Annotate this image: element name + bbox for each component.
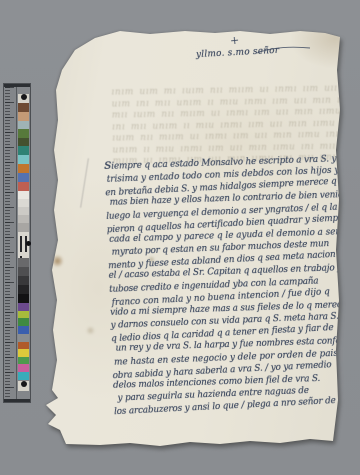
calibration-blue-2 — [18, 326, 29, 334]
calibration-gray-ramp-3 — [18, 207, 29, 215]
calibration-green-2 — [18, 318, 29, 326]
calibration-tan — [18, 112, 29, 121]
calibration-black-dot-bottom — [18, 381, 29, 391]
calibration-pale-blue — [18, 121, 29, 129]
calibration-teal — [18, 146, 29, 155]
calibration-gray-ramp-4 — [18, 215, 29, 223]
calibration-yellow — [18, 349, 29, 357]
calibration-green — [18, 129, 29, 138]
calibration-lime — [18, 311, 29, 318]
calibration-dark-step-3 — [18, 276, 29, 285]
calibration-mid-gray — [18, 334, 29, 342]
handwriting-text-block: siempre q aca estado Monsalvo he escript… — [104, 149, 360, 417]
calibration-dark-step-5 — [18, 294, 29, 303]
calibration-dot — [21, 381, 27, 387]
calibration-red — [18, 182, 29, 191]
calibration-black-dot-top — [18, 94, 29, 103]
ruler-ticks — [4, 87, 17, 399]
color-calibration-bar — [3, 83, 31, 403]
calibration-dark-step-4 — [18, 285, 29, 294]
calibration-dot — [21, 94, 27, 100]
calibration-cyan — [18, 372, 29, 380]
calibration-brown — [18, 103, 29, 112]
calibration-patch-stack — [18, 93, 29, 391]
calibration-gray-ramp-2 — [18, 199, 29, 207]
letter-heading: + yllmo. s.mo señor — [196, 36, 346, 70]
calibration-barcode-label — [18, 232, 29, 258]
calibration-dark-olive — [18, 138, 29, 146]
paper-stain — [86, 326, 95, 335]
calibration-light-cyan — [18, 155, 29, 164]
manuscript-paper: ınım uım mı ıuım nıı mıım uı ınmı ıım uı… — [44, 26, 344, 448]
calibration-dark-step-1 — [18, 258, 29, 267]
calibration-dark-step-2 — [18, 267, 29, 276]
calibration-purple — [18, 303, 29, 311]
cross-mark: + — [229, 34, 240, 48]
calibration-orange — [18, 164, 29, 173]
calibration-gray-ramp-5 — [18, 223, 29, 232]
paper-stain — [52, 254, 63, 268]
manuscript-photo: ınım uım mı ıuım nıı mıım uı ınmı ıım uı… — [44, 26, 344, 448]
calibration-green-3 — [18, 357, 29, 364]
ink-flourish-descender — [80, 158, 89, 208]
calibration-rust — [18, 342, 29, 349]
calibration-blue — [18, 173, 29, 182]
photo-background: ınım uım mı ıuım nıı mıım uı ınmı ıım uı… — [0, 0, 360, 475]
calibration-magenta — [18, 364, 29, 372]
calibration-gray-ramp-1 — [18, 191, 29, 199]
pen-flourish-line — [256, 44, 312, 56]
